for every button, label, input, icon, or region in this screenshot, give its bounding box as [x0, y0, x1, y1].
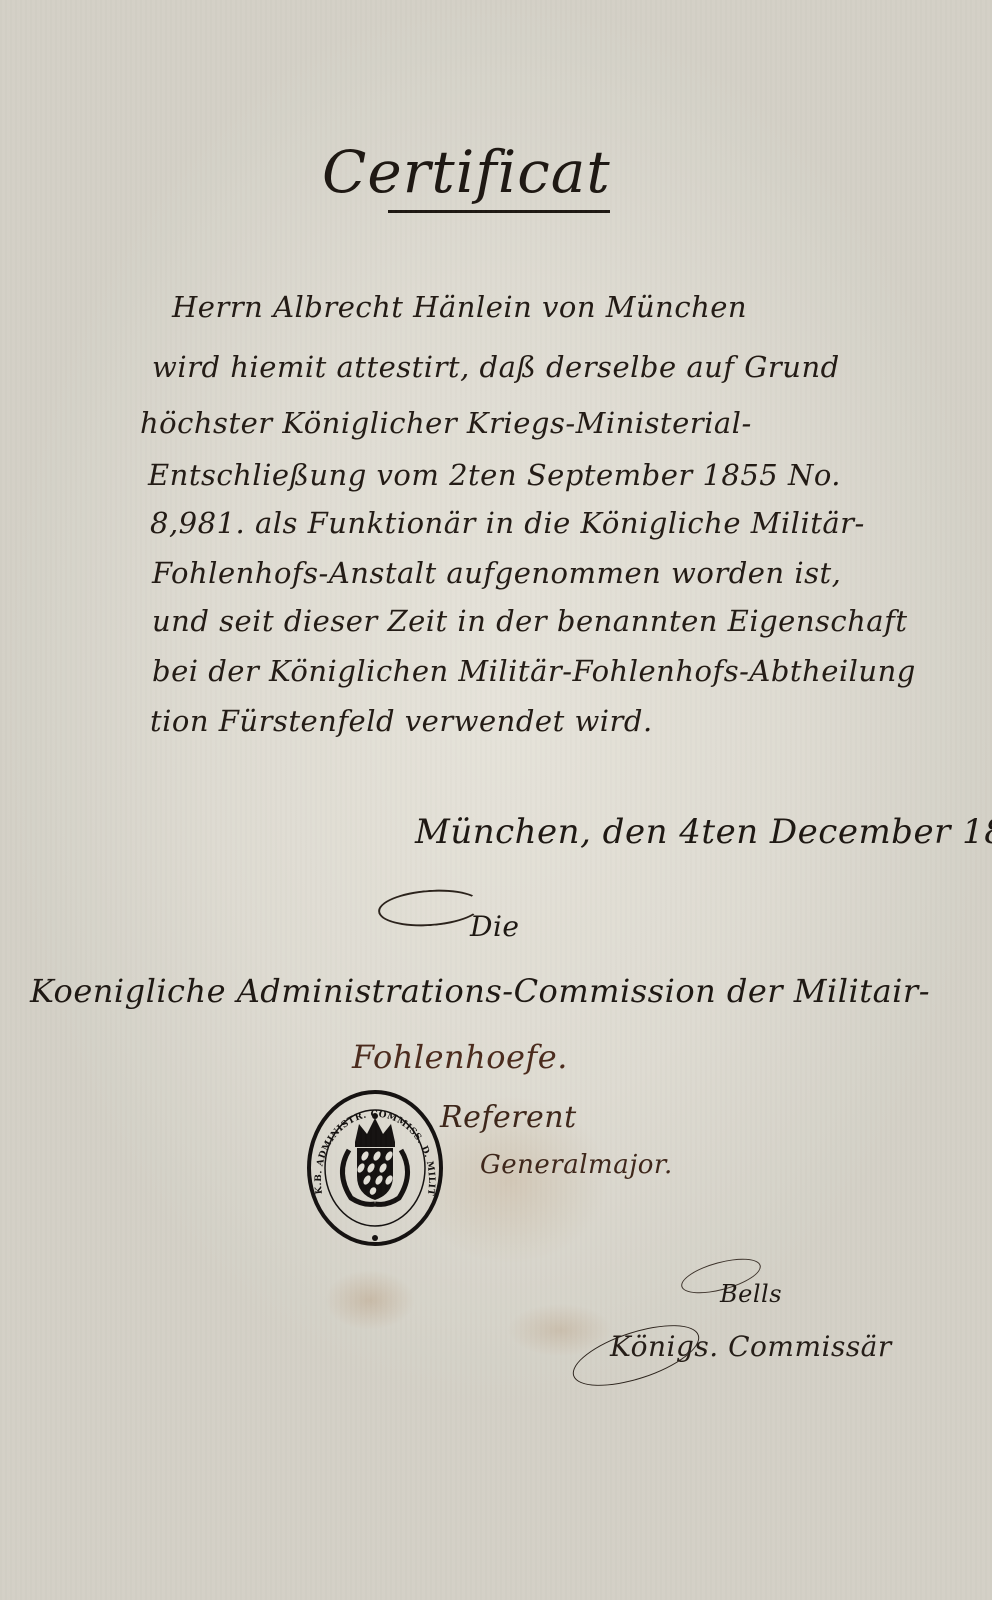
official-seal-icon: K.B. ADMINISTR. COMMISS. D. MILITÄR FOHL…	[305, 1088, 445, 1248]
signer-rank: Generalmajor.	[480, 1150, 673, 1180]
body-line-7: und seit dieser Zeit in der benannten Ei…	[152, 604, 907, 638]
issuing-authority-line-1: Koenigliche Administrations-Commission d…	[30, 972, 930, 1010]
title-underline	[388, 210, 610, 213]
issuing-authority-line-2: Fohlenhoefe.	[352, 1038, 568, 1076]
body-line-1: Herrn Albrecht Hänlein von München	[172, 290, 747, 324]
closing-article: Die	[470, 910, 519, 943]
body-line-9: tion Fürstenfeld verwendet wird.	[150, 704, 653, 738]
signer-role: Referent	[440, 1100, 577, 1135]
body-line-6: Fohlenhofs-Anstalt aufgenommen worden is…	[152, 556, 841, 590]
body-line-4: Entschließung vom 2ten September 1855 No…	[148, 458, 841, 492]
body-line-2: wird hiemit attestirt, daß derselbe auf …	[152, 350, 840, 384]
body-line-3: höchster Königlicher Kriegs-Ministerial-	[140, 406, 752, 440]
signature-upper: Bells	[720, 1280, 782, 1308]
signature-commissioner: Königs. Commissär	[610, 1330, 892, 1363]
flourish-decoration	[377, 886, 483, 929]
body-line-5: 8,981. als Funktionär in die Königliche …	[150, 506, 865, 540]
place-date: München, den 4ten December 1856.	[415, 812, 992, 852]
body-line-8: bei der Königlichen Militär-Fohlenhofs-A…	[152, 654, 916, 688]
certificate-page: Certificat Herrn Albrecht Hänlein von Mü…	[0, 0, 992, 1600]
document-title: Certificat	[322, 138, 611, 206]
